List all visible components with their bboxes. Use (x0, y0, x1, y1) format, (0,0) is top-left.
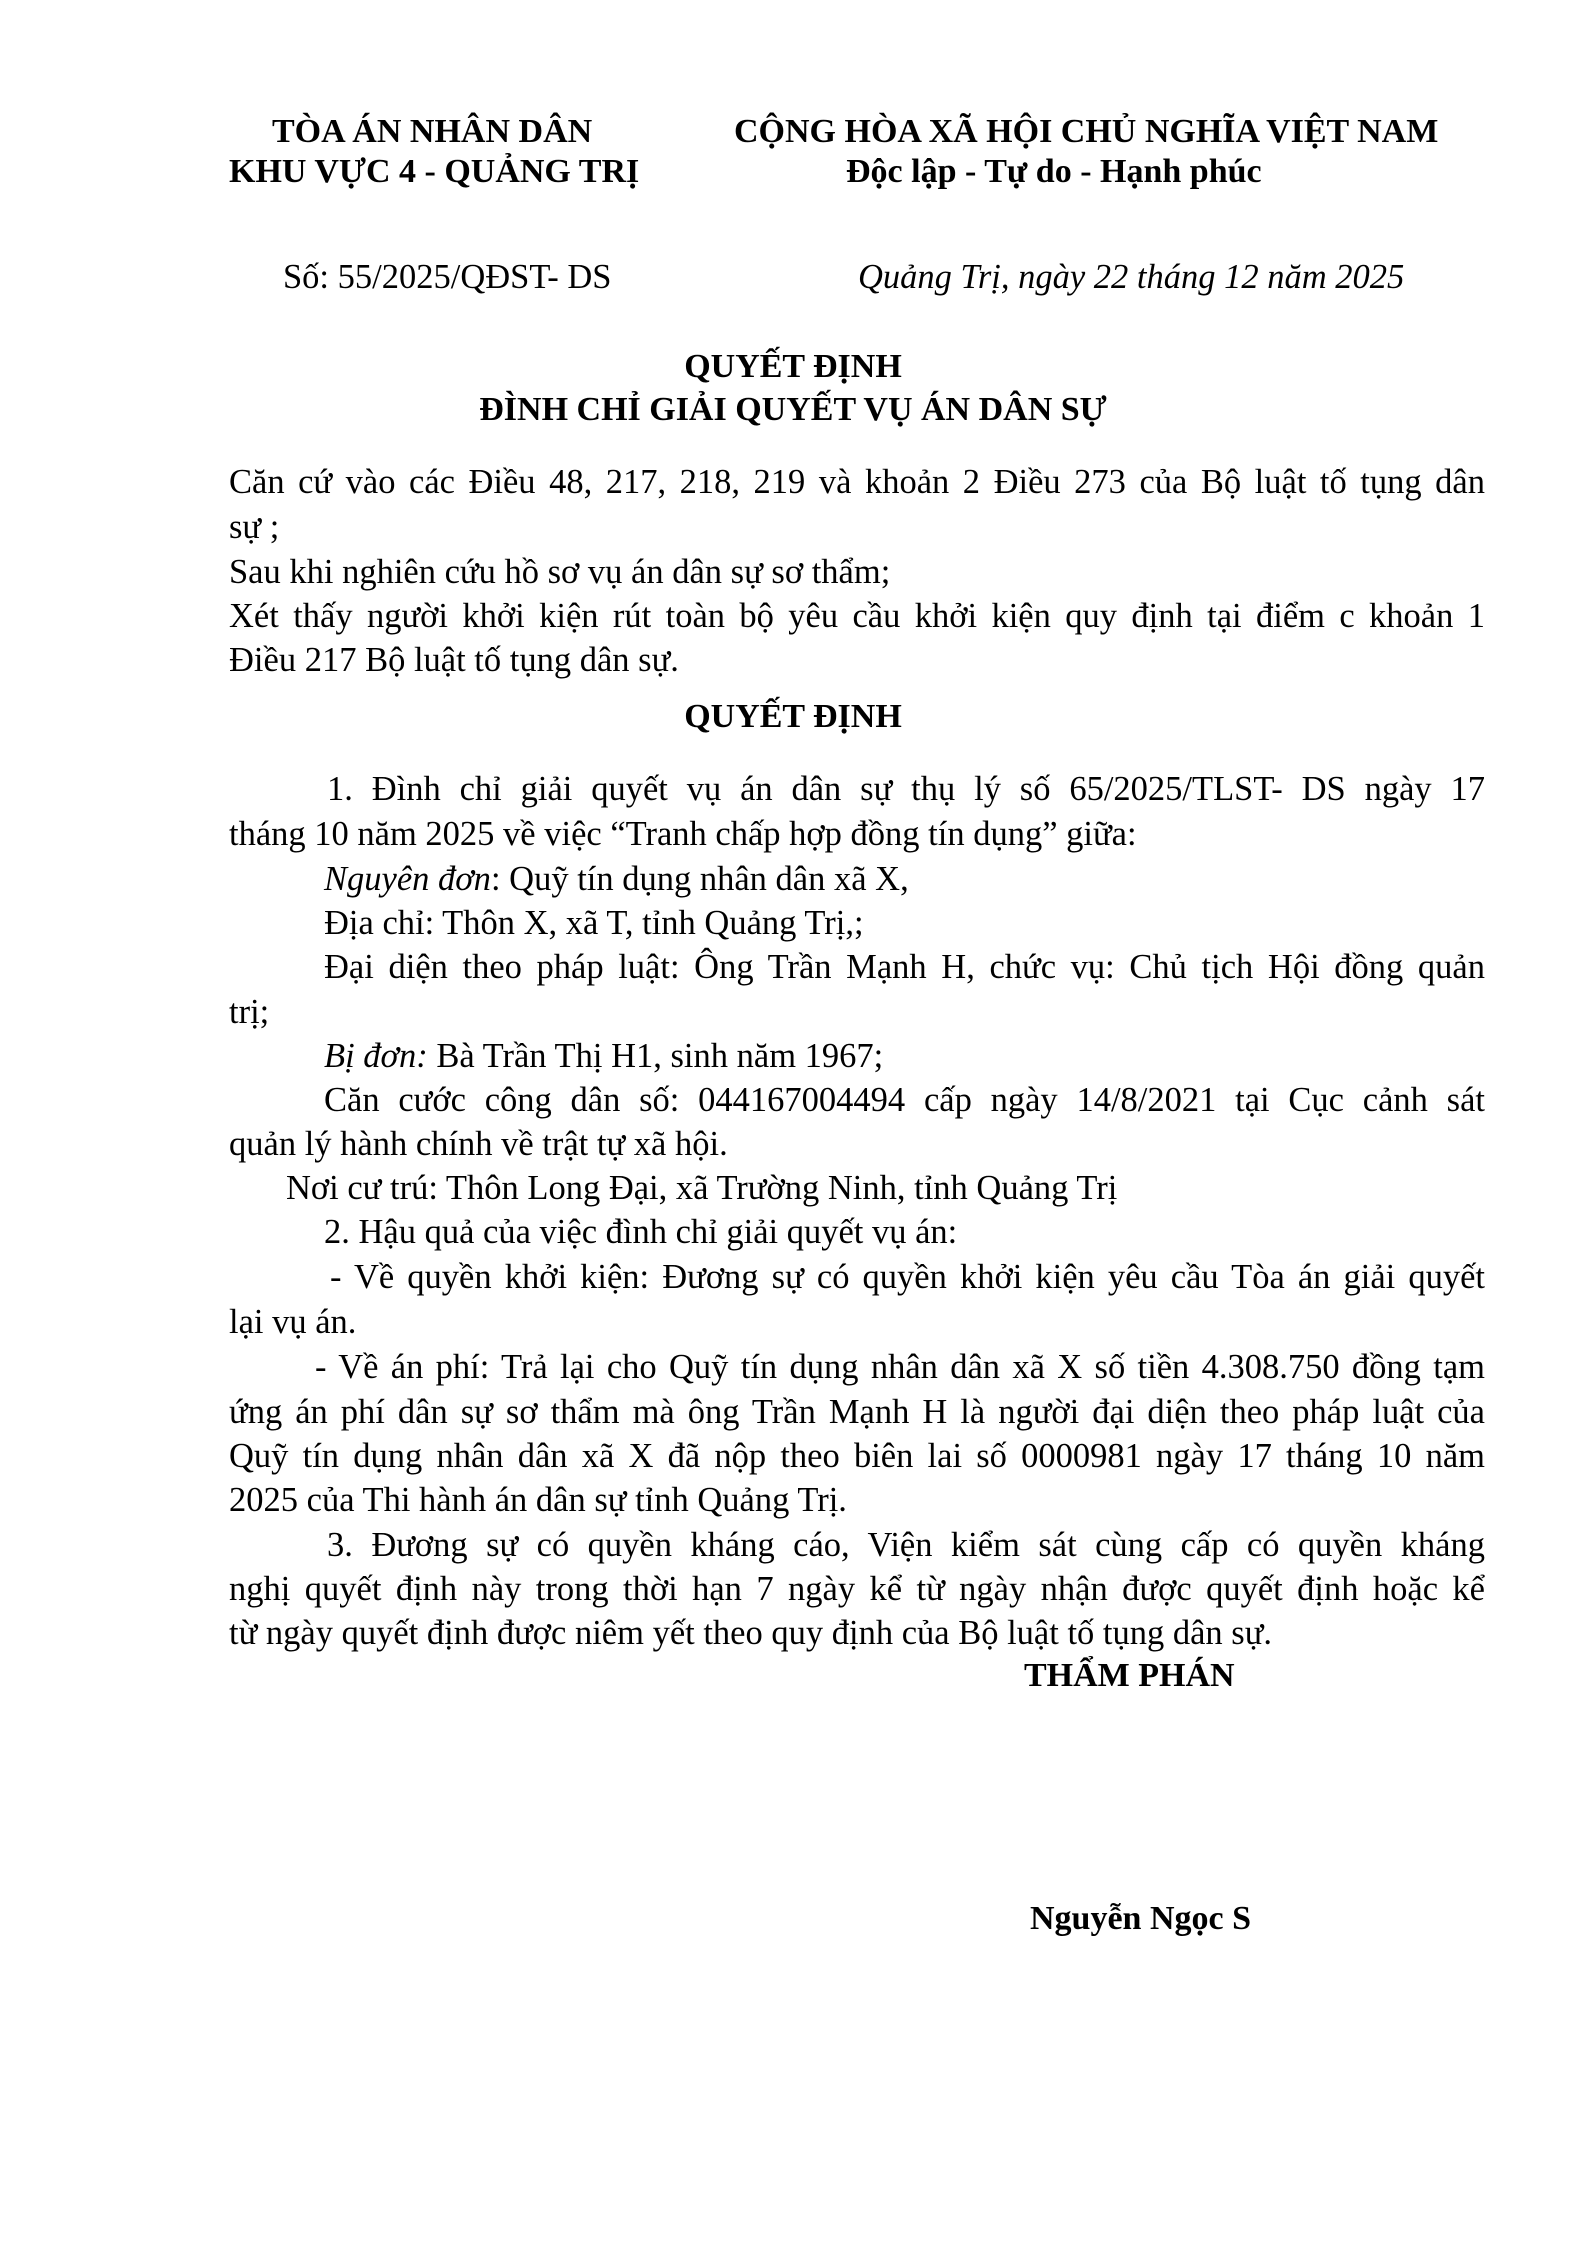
body-line: ứng án phí dân sự sơ thẩm mà ông Trần Mạ… (229, 1390, 1485, 1434)
document-number: Số: 55/2025/QĐST- DS (283, 255, 611, 299)
national-motto: Độc lập - Tự do - Hạnh phúc (846, 152, 1262, 192)
section-2-heading: 2. Hậu quả của việc đình chỉ giải quyết … (324, 1210, 957, 1254)
plaintiff-line: Nguyên đơn: Quỹ tín dụng nhân dân xã X, (324, 857, 909, 901)
signature-name: Nguyễn Ngọc S (1030, 1899, 1251, 1939)
body-line: - Về quyền khởi kiện: Đương sự có quyền … (330, 1255, 1485, 1299)
body-line: tháng 10 năm 2025 về việc “Tranh chấp hợ… (229, 812, 1137, 856)
place-date: Quảng Trị, ngày 22 tháng 12 năm 2025 (858, 255, 1404, 299)
preamble-line: Xét thấy người khởi kiện rút toàn bộ yêu… (229, 594, 1485, 638)
preamble-line: Sau khi nghiên cứu hồ sơ vụ án dân sự sơ… (229, 550, 890, 594)
defendant-label: Bị đơn: (324, 1037, 428, 1075)
representative-line: trị; (229, 990, 269, 1034)
body-line: - Về án phí: Trả lại cho Quỹ tín dụng nh… (315, 1345, 1485, 1389)
body-line: nghị quyết định này trong thời hạn 7 ngà… (229, 1567, 1485, 1611)
court-name: TÒA ÁN NHÂN DÂN (272, 112, 592, 152)
document-subtitle: ĐÌNH CHỈ GIẢI QUYẾT VỤ ÁN DÂN SỰ (0, 390, 1586, 430)
document-title: QUYẾT ĐỊNH (0, 347, 1586, 387)
signature-title: THẨM PHÁN (1024, 1656, 1235, 1696)
body-line: từ ngày quyết định được niêm yết theo qu… (229, 1611, 1272, 1655)
body-line: lại vụ án. (229, 1300, 356, 1344)
plaintiff-value: : Quỹ tín dụng nhân dân xã X, (491, 860, 909, 898)
plaintiff-address: Địa chỉ: Thôn X, xã T, tỉnh Quảng Trị,; (324, 901, 864, 945)
representative-line: Đại diện theo pháp luật: Ông Trần Mạnh H… (324, 945, 1485, 989)
body-line: 3. Đương sự có quyền kháng cáo, Viện kiể… (327, 1523, 1485, 1567)
court-region: KHU VỰC 4 - QUẢNG TRỊ (229, 152, 639, 192)
residence-line: Nơi cư trú: Thôn Long Đại, xã Trường Nin… (286, 1166, 1117, 1210)
preamble-line: Điều 217 Bộ luật tố tụng dân sự. (229, 638, 679, 682)
body-line: 2025 của Thi hành án dân sự tỉnh Quảng T… (229, 1478, 847, 1522)
preamble-line: Căn cứ vào các Điều 48, 217, 218, 219 và… (229, 460, 1485, 504)
defendant-value: Bà Trần Thị H1, sinh năm 1967; (428, 1037, 884, 1075)
plaintiff-label: Nguyên đơn (324, 860, 491, 898)
body-line: 1. Đình chỉ giải quyết vụ án dân sự thụ … (327, 767, 1485, 811)
decision-heading: QUYẾT ĐỊNH (0, 697, 1586, 737)
nation-name: CỘNG HÒA XÃ HỘI CHỦ NGHĨA VIỆT NAM (734, 112, 1438, 152)
defendant-line: Bị đơn: Bà Trần Thị H1, sinh năm 1967; (324, 1034, 883, 1078)
id-card-line: Căn cước công dân số: 044167004494 cấp n… (324, 1078, 1485, 1122)
body-line: Quỹ tín dụng nhân dân xã X đã nộp theo b… (229, 1434, 1485, 1478)
preamble-line: sự ; (229, 505, 279, 549)
id-card-line: quản lý hành chính về trật tự xã hội. (229, 1122, 728, 1166)
